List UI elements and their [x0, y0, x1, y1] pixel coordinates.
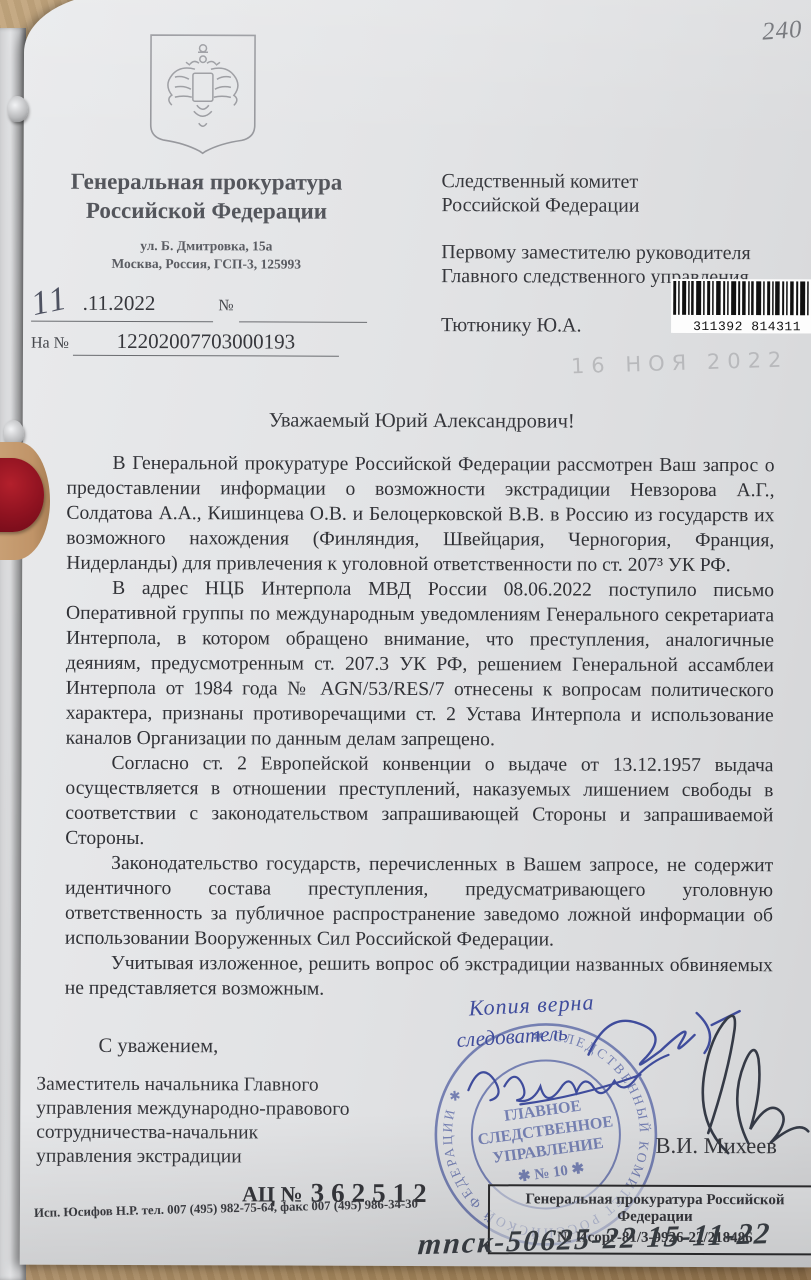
- barcode: 311392 814311: [671, 279, 811, 334]
- sender-block: Генеральная прокуратура Российской Федер…: [41, 167, 371, 274]
- received-date-stamp: 16 НОЯ 2022: [571, 347, 789, 378]
- number-sign: №: [218, 297, 233, 314]
- barcode-bars: [673, 281, 811, 316]
- round-stamp-line4: ✱ № 10 ✱: [517, 1161, 585, 1186]
- signer-title-block: Заместитель начальника Главного управлен…: [36, 1073, 366, 1170]
- paragraph-5: Учитывая изложенное, решить вопрос об эк…: [65, 951, 773, 1003]
- sender-org-line2: Российской Федерации: [41, 196, 371, 227]
- reference-row: На № 12202007703000193: [31, 329, 411, 357]
- double-headed-eagle-icon: [142, 29, 264, 159]
- sender-address-line1: ул. Б. Дмитровка, 15а: [41, 237, 371, 256]
- paragraph-4: Законодательство государств, перечисленн…: [65, 851, 773, 953]
- sender-org-line1: Генеральная прокуратура: [42, 167, 372, 198]
- document-page: 240 Генеральная пр: [20, 0, 811, 1267]
- letter-body: В Генеральной прокуратуре Российской Фед…: [65, 451, 775, 1003]
- date-row: 11.11.2022 №: [31, 281, 391, 323]
- signer-title-line1: Заместитель начальника Главного: [36, 1073, 366, 1098]
- paragraph-3: Согласно ст. 2 Европейской конвенции о в…: [65, 751, 773, 853]
- handwritten-page-number: 240: [761, 16, 803, 47]
- coat-of-arms-emblem: [142, 29, 264, 164]
- signer-title-line2: управления международно-правового: [36, 1097, 366, 1122]
- paragraph-1: В Генеральной прокуратуре Российской Фед…: [66, 451, 774, 578]
- signer-name: В.И. Михеев: [618, 1133, 811, 1160]
- barcode-digits: 311392 814311: [673, 320, 811, 334]
- printed-date: .11.2022: [83, 291, 156, 315]
- closing-phrase: С уважением,: [99, 1035, 219, 1058]
- handwritten-day: 11: [28, 279, 72, 324]
- signer-title-line3: сотрудничества-начальник: [36, 1121, 366, 1146]
- salutation: Уважаемый Юрий Александрович!: [69, 409, 775, 434]
- sender-address-line2: Москва, Россия, ГСП-3, 125993: [41, 255, 371, 274]
- number-blank-line: [239, 301, 367, 322]
- finger-with-red-nail: [0, 442, 50, 560]
- recipient-org-line2: Российской Федерации: [441, 194, 801, 219]
- reference-number: 12202007703000193: [73, 329, 339, 357]
- binder-clip-icon: [8, 96, 28, 122]
- paragraph-2: В адрес НЦБ Интерпола МВД России 08.06.2…: [66, 576, 775, 753]
- executor-line: Исп. Юсифов Н.Р. тел. 007 (495) 982-75-6…: [34, 1197, 418, 1221]
- photo-scene: 240 Генеральная пр: [0, 0, 811, 1280]
- recipient-position-line1: Первому заместителю руководителя: [441, 241, 801, 266]
- recipient-org-line1: Следственный комитет: [442, 170, 802, 195]
- reference-label: На №: [31, 335, 69, 352]
- signer-title-line4: управления экстрадиции: [36, 1145, 366, 1170]
